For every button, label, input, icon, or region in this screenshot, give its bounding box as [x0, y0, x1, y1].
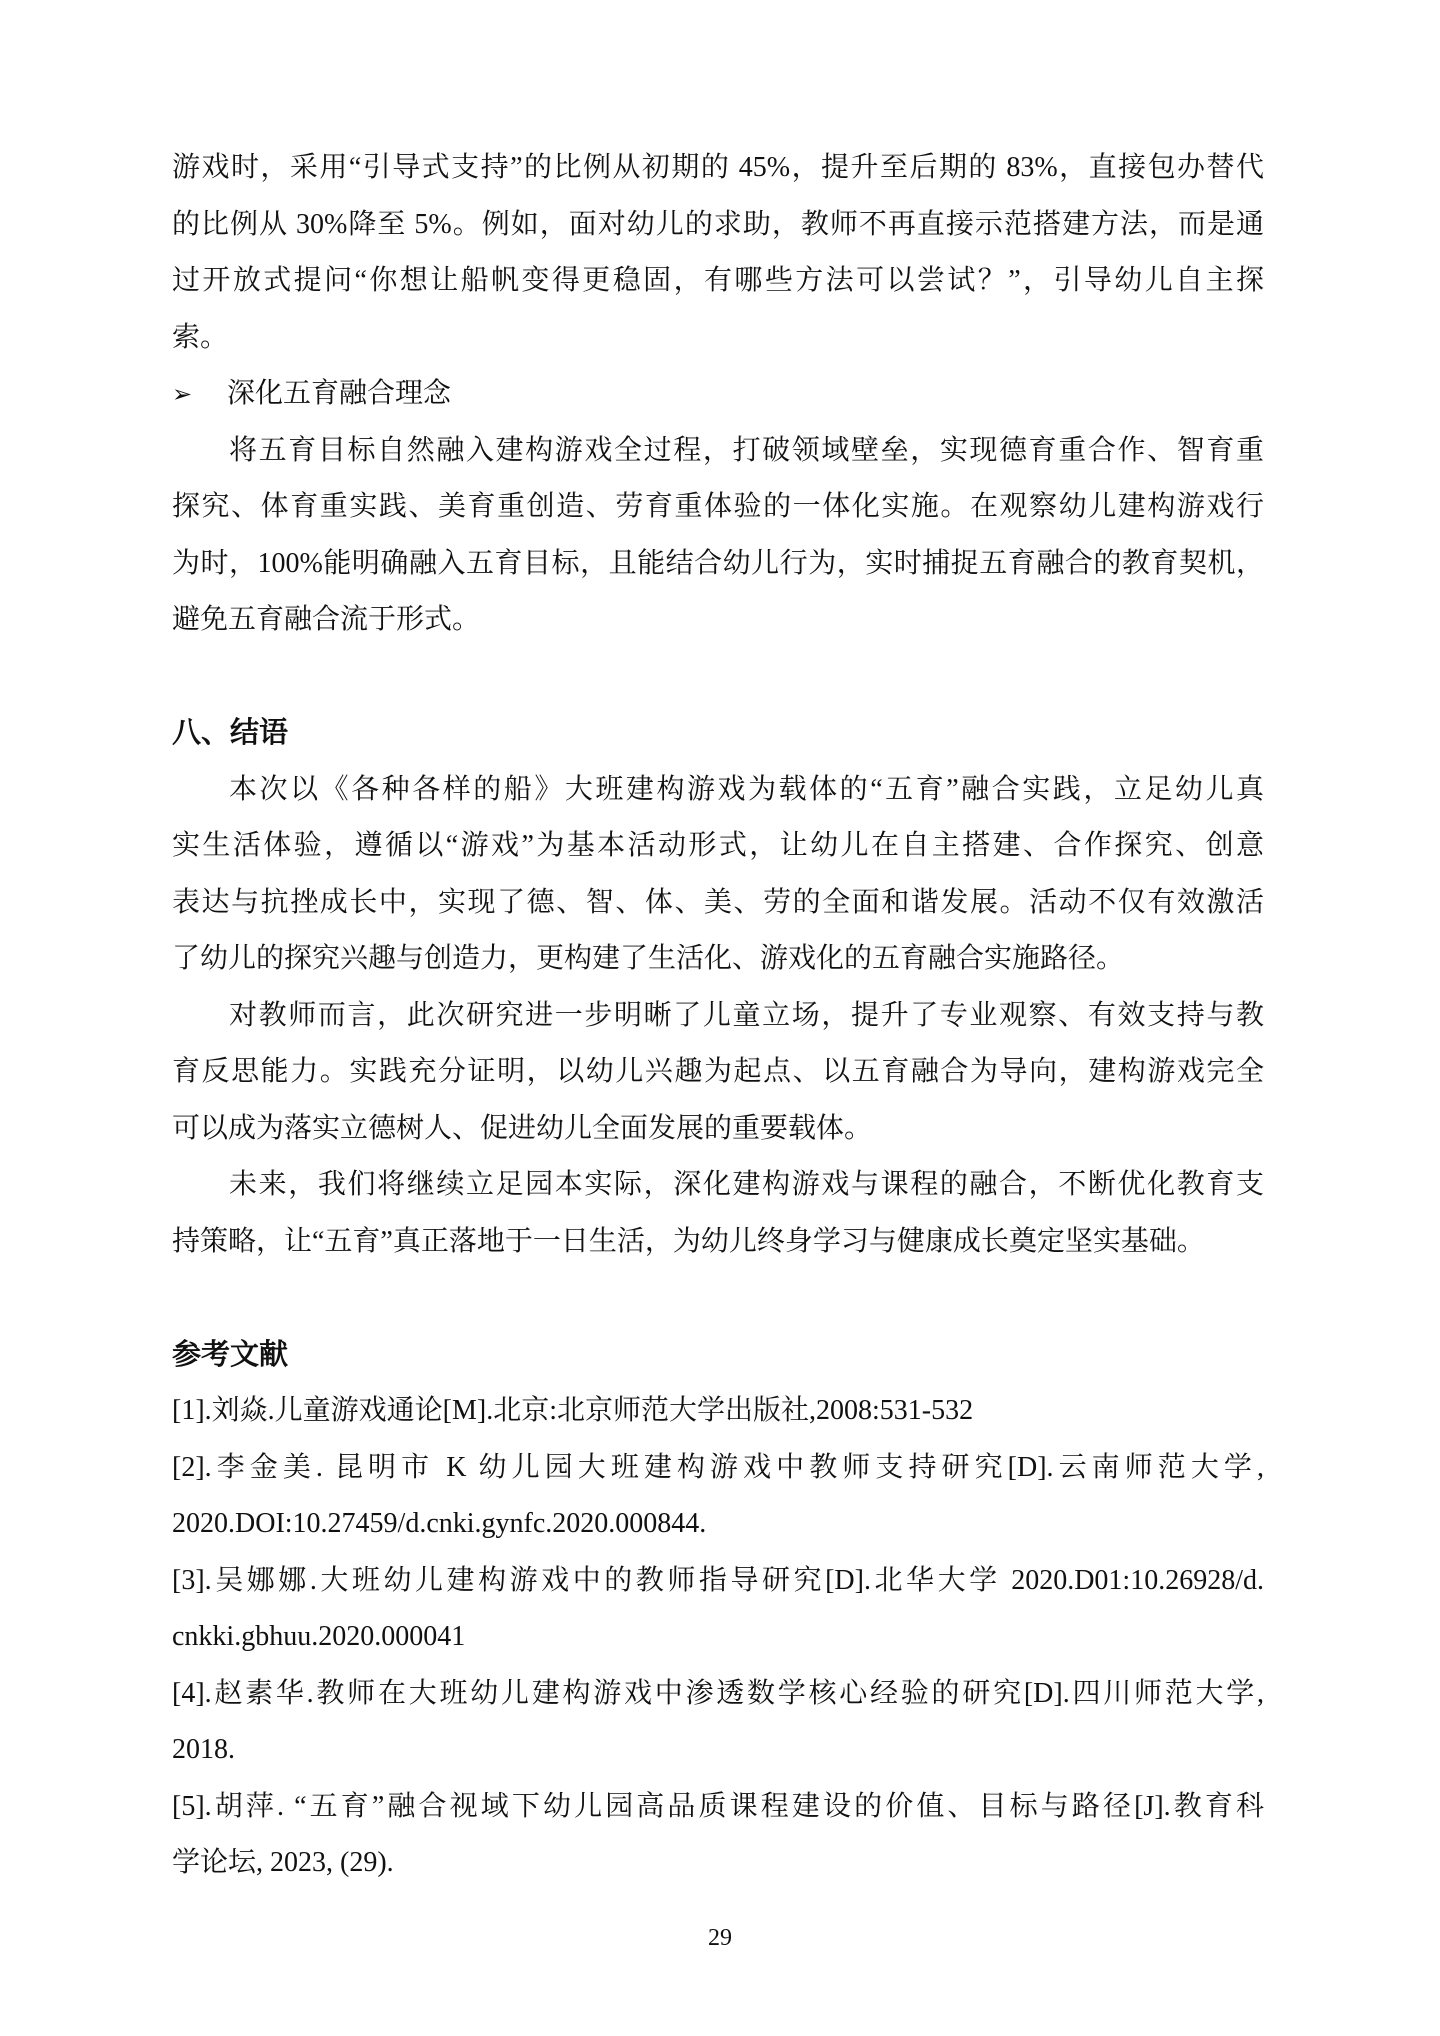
body-line: 表达与抗挫成长中，实现了德、智、体、美、劳的全面和谐发展。活动不仅有效激活 [172, 875, 1264, 932]
blank-line [172, 649, 1264, 706]
body-line: 索。 [172, 310, 1264, 367]
body-line: 未来，我们将继续立足园本实际，深化建构游戏与课程的融合，不断优化教育支 [172, 1157, 1264, 1214]
reference-line: [2].李金美. 昆明市 K 幼儿园大班建构游戏中教师支持研究[D].云南师范大… [172, 1440, 1264, 1497]
page-content: 游戏时，采用“引导式支持”的比例从初期的 45%，提升至后期的 83%，直接包办… [172, 140, 1264, 1892]
body-line: 本次以《各种各样的船》大班建构游戏为载体的“五育”融合实践，立足幼儿真 [172, 762, 1264, 819]
section-heading-conclusion: 八、结语 [172, 705, 1264, 762]
body-line: 游戏时，采用“引导式支持”的比例从初期的 45%，提升至后期的 83%，直接包办… [172, 140, 1264, 197]
reference-line: 2020.DOI:10.27459/d.cnki.gynfc.2020.0008… [172, 1496, 1264, 1553]
body-line: 的比例从 30%降至 5%。例如，面对幼儿的求助，教师不再直接示范搭建方法，而是… [172, 197, 1264, 254]
body-line: 避免五育融合流于形式。 [172, 592, 1264, 649]
body-line: 将五育目标自然融入建构游戏全过程，打破领域壁垒，实现德育重合作、智育重 [172, 423, 1264, 480]
body-line: 实生活体验，遵循以“游戏”为基本活动形式，让幼儿在自主搭建、合作探究、创意 [172, 818, 1264, 875]
body-line: 持策略，让“五育”真正落地于一日生活，为幼儿终身学习与健康成长奠定坚实基础。 [172, 1214, 1264, 1271]
reference-line: [4].赵素华.教师在大班幼儿建构游戏中渗透数学核心经验的研究[D].四川师范大… [172, 1666, 1264, 1723]
reference-line: cnkki.gbhuu.2020.000041 [172, 1609, 1264, 1666]
body-line: 探究、体育重实践、美育重创造、劳育重体验的一体化实施。在观察幼儿建构游戏行 [172, 479, 1264, 536]
section-heading-references: 参考文献 [172, 1327, 1264, 1384]
body-line: 为时，100%能明确融入五育目标，且能结合幼儿行为，实时捕捉五育融合的教育契机， [172, 536, 1264, 593]
body-line: 过开放式提问“你想让船帆变得更稳固，有哪些方法可以尝试？”，引导幼儿自主探 [172, 253, 1264, 310]
body-line: 可以成为落实立德树人、促进幼儿全面发展的重要载体。 [172, 1101, 1264, 1158]
reference-line: 2018. [172, 1722, 1264, 1779]
blank-line [172, 1270, 1264, 1327]
bullet-label: 深化五育融合理念 [227, 366, 451, 423]
body-line: 育反思能力。实践充分证明，以幼儿兴趣为起点、以五育融合为导向，建构游戏完全 [172, 1044, 1264, 1101]
body-line: 对教师而言，此次研究进一步明晰了儿童立场，提升了专业观察、有效支持与教 [172, 988, 1264, 1045]
arrow-bullet-icon: ➢ [172, 366, 227, 423]
reference-line: [5].胡萍. “五育”融合视域下幼儿园高品质课程建设的价值、目标与路径[J].… [172, 1779, 1264, 1836]
page-number: 29 [0, 1919, 1440, 1957]
body-line: 了幼儿的探究兴趣与创造力，更构建了生活化、游戏化的五育融合实施路径。 [172, 931, 1264, 988]
reference-line: 学论坛, 2023, (29). [172, 1835, 1264, 1892]
reference-line: [1].刘焱.儿童游戏通论[M].北京:北京师范大学出版社,2008:531-5… [172, 1383, 1264, 1440]
document-page: 游戏时，采用“引导式支持”的比例从初期的 45%，提升至后期的 83%，直接包办… [0, 0, 1440, 2036]
bullet-item: ➢ 深化五育融合理念 [172, 366, 1264, 423]
reference-line: [3].吴娜娜.大班幼儿建构游戏中的教师指导研究[D].北华大学 2020.D0… [172, 1553, 1264, 1610]
